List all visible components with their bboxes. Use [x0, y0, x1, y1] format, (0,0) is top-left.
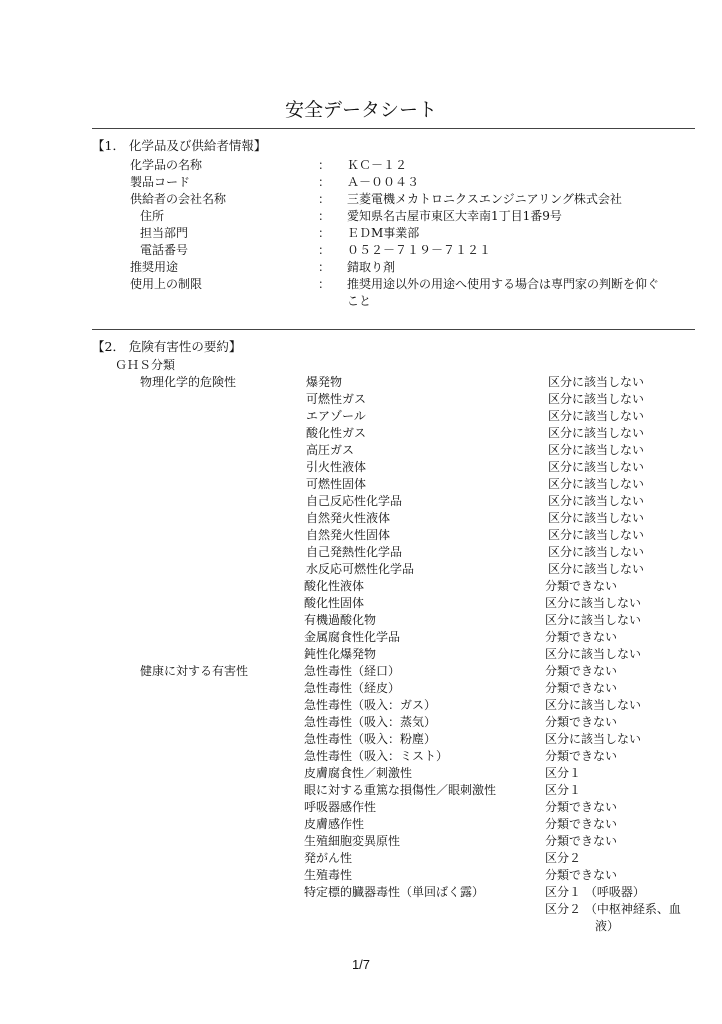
health-hazards-label: 健康に対する有害性: [140, 663, 248, 680]
hazard-name: 呼吸器感作性: [304, 799, 376, 816]
page-number: 1/7: [0, 957, 722, 972]
hazard-classification: 区分に該当しない: [548, 527, 644, 544]
hazard-classification: 区分に該当しない: [548, 391, 644, 408]
hazard-name: 自己反応性化学品: [306, 493, 402, 510]
field-value: Ａ－００４３: [347, 174, 419, 191]
hazard-name: 鈍性化爆発物: [304, 646, 376, 663]
hazard-classification: 区分に該当しない: [548, 476, 644, 493]
field-value: ＥＤM事業部: [347, 225, 419, 242]
hazard-classification: 区分に該当しない: [548, 510, 644, 527]
field-separator: ：: [318, 174, 330, 191]
hazard-classification: 区分に該当しない: [545, 646, 641, 663]
hazard-classification: 分類できない: [545, 799, 617, 816]
hazard-name: エアゾール: [306, 408, 366, 425]
field-separator: ：: [318, 276, 330, 293]
hazard-name: 自然発火性液体: [306, 510, 390, 527]
document-title: 安全データシート: [0, 95, 722, 122]
hazard-classification-extra: 液）: [595, 918, 619, 935]
hazard-name: 自己発熱性化学品: [306, 544, 402, 561]
field-value: 三菱電機メカトロニクスエンジニアリング株式会社: [347, 191, 622, 208]
hazard-classification: 分類できない: [545, 816, 617, 833]
hazard-classification: 分類できない: [545, 748, 617, 765]
hazard-name: 高圧ガス: [306, 442, 354, 459]
section-1-heading: 【1． 化学品及び供給者情報】: [92, 136, 266, 154]
hazard-name: 皮膚感作性: [304, 816, 364, 833]
hazard-name: 急性毒性（吸入：ガス）: [304, 697, 436, 714]
hazard-name: 急性毒性（吸入：蒸気）: [304, 714, 436, 731]
divider: [92, 329, 695, 330]
hazard-classification: 区分２: [545, 850, 581, 867]
hazard-name: 金属腐食性化学品: [304, 629, 400, 646]
field-label: 推奨用途: [130, 259, 178, 276]
field-value: 愛知県名古屋市東区大幸南1丁目1番9号: [347, 208, 562, 225]
hazard-name: 皮膚腐食性／刺激性: [304, 765, 412, 782]
field-label: 使用上の制限: [130, 276, 202, 293]
field-separator: ：: [318, 242, 330, 259]
field-separator: ：: [318, 208, 330, 225]
field-label: 供給者の会社名称: [130, 191, 226, 208]
field-value: 推奨用途以外の用途へ使用する場合は専門家の判断を仰ぐ: [347, 276, 659, 293]
hazard-classification: 区分１: [545, 782, 581, 799]
hazard-classification: 分類できない: [545, 578, 617, 595]
hazard-classification: 区分に該当しない: [545, 595, 641, 612]
field-separator: ：: [318, 157, 330, 174]
hazard-classification: 分類できない: [545, 714, 617, 731]
hazard-name: 急性毒性（経口）: [304, 663, 400, 680]
field-label: 化学品の名称: [130, 157, 202, 174]
hazard-name: 急性毒性（吸入：ミスト）: [304, 748, 448, 765]
hazard-classification: 区分１: [545, 765, 581, 782]
hazard-name: 爆発物: [306, 374, 342, 391]
hazard-name: 発がん性: [304, 850, 352, 867]
hazard-classification: 区分に該当しない: [548, 459, 644, 476]
field-label: 電話番号: [140, 242, 188, 259]
hazard-classification: 区分に該当しない: [548, 442, 644, 459]
hazard-name: 酸化性固体: [304, 595, 364, 612]
hazard-classification: 分類できない: [545, 867, 617, 884]
field-value: ０５２－７１９－７１２１: [347, 242, 491, 259]
hazard-name: 特定標的臓器毒性（単回ばく露）: [304, 884, 484, 901]
hazard-name: 急性毒性（経皮）: [304, 680, 400, 697]
hazard-classification: 区分に該当しない: [548, 493, 644, 510]
field-separator: ：: [318, 191, 330, 208]
hazard-name: 有機過酸化物: [304, 612, 376, 629]
field-separator: ：: [318, 225, 330, 242]
field-value: 錆取り剤: [347, 259, 395, 276]
hazard-classification: 区分に該当しない: [548, 374, 644, 391]
hazard-classification-extra: 区分２ （中枢神経系、血: [545, 901, 681, 918]
hazard-name: 引火性液体: [306, 459, 366, 476]
hazard-name: 酸化性ガス: [306, 425, 366, 442]
field-label: 担当部門: [140, 225, 188, 242]
ghs-classification-label: ＧＨＳ分類: [115, 357, 175, 374]
hazard-classification: 分類できない: [545, 663, 617, 680]
hazard-classification: 区分に該当しない: [545, 612, 641, 629]
hazard-classification: 分類できない: [545, 629, 617, 646]
hazard-classification: 区分に該当しない: [548, 561, 644, 578]
field-value-continuation: こと: [347, 293, 371, 310]
hazard-name: 可燃性固体: [306, 476, 366, 493]
hazard-name: 急性毒性（吸入：粉塵）: [304, 731, 436, 748]
physical-hazards-label: 物理化学的危険性: [140, 374, 236, 391]
hazard-name: 眼に対する重篤な損傷性／眼刺激性: [304, 782, 496, 799]
field-separator: ：: [318, 259, 330, 276]
section-2-heading: 【2． 危険有害性の要約】: [92, 337, 241, 355]
hazard-classification: 区分に該当しない: [548, 425, 644, 442]
field-value: ＫＣ－１２: [347, 157, 407, 174]
hazard-classification: 区分に該当しない: [545, 697, 641, 714]
hazard-name: 自然発火性固体: [306, 527, 390, 544]
hazard-classification: 分類できない: [545, 833, 617, 850]
field-label: 住所: [140, 208, 164, 225]
hazard-name: 酸化性液体: [304, 578, 364, 595]
hazard-name: 水反応可燃性化学品: [306, 561, 414, 578]
hazard-classification: 区分に該当しない: [545, 731, 641, 748]
divider: [92, 128, 695, 129]
hazard-name: 可燃性ガス: [306, 391, 366, 408]
hazard-classification: 区分に該当しない: [548, 408, 644, 425]
hazard-name: 生殖細胞変異原性: [304, 833, 400, 850]
hazard-classification: 分類できない: [545, 680, 617, 697]
field-label: 製品コード: [130, 174, 190, 191]
hazard-classification: 区分に該当しない: [548, 544, 644, 561]
hazard-classification: 区分１ （呼吸器）: [545, 884, 645, 901]
hazard-name: 生殖毒性: [304, 867, 352, 884]
